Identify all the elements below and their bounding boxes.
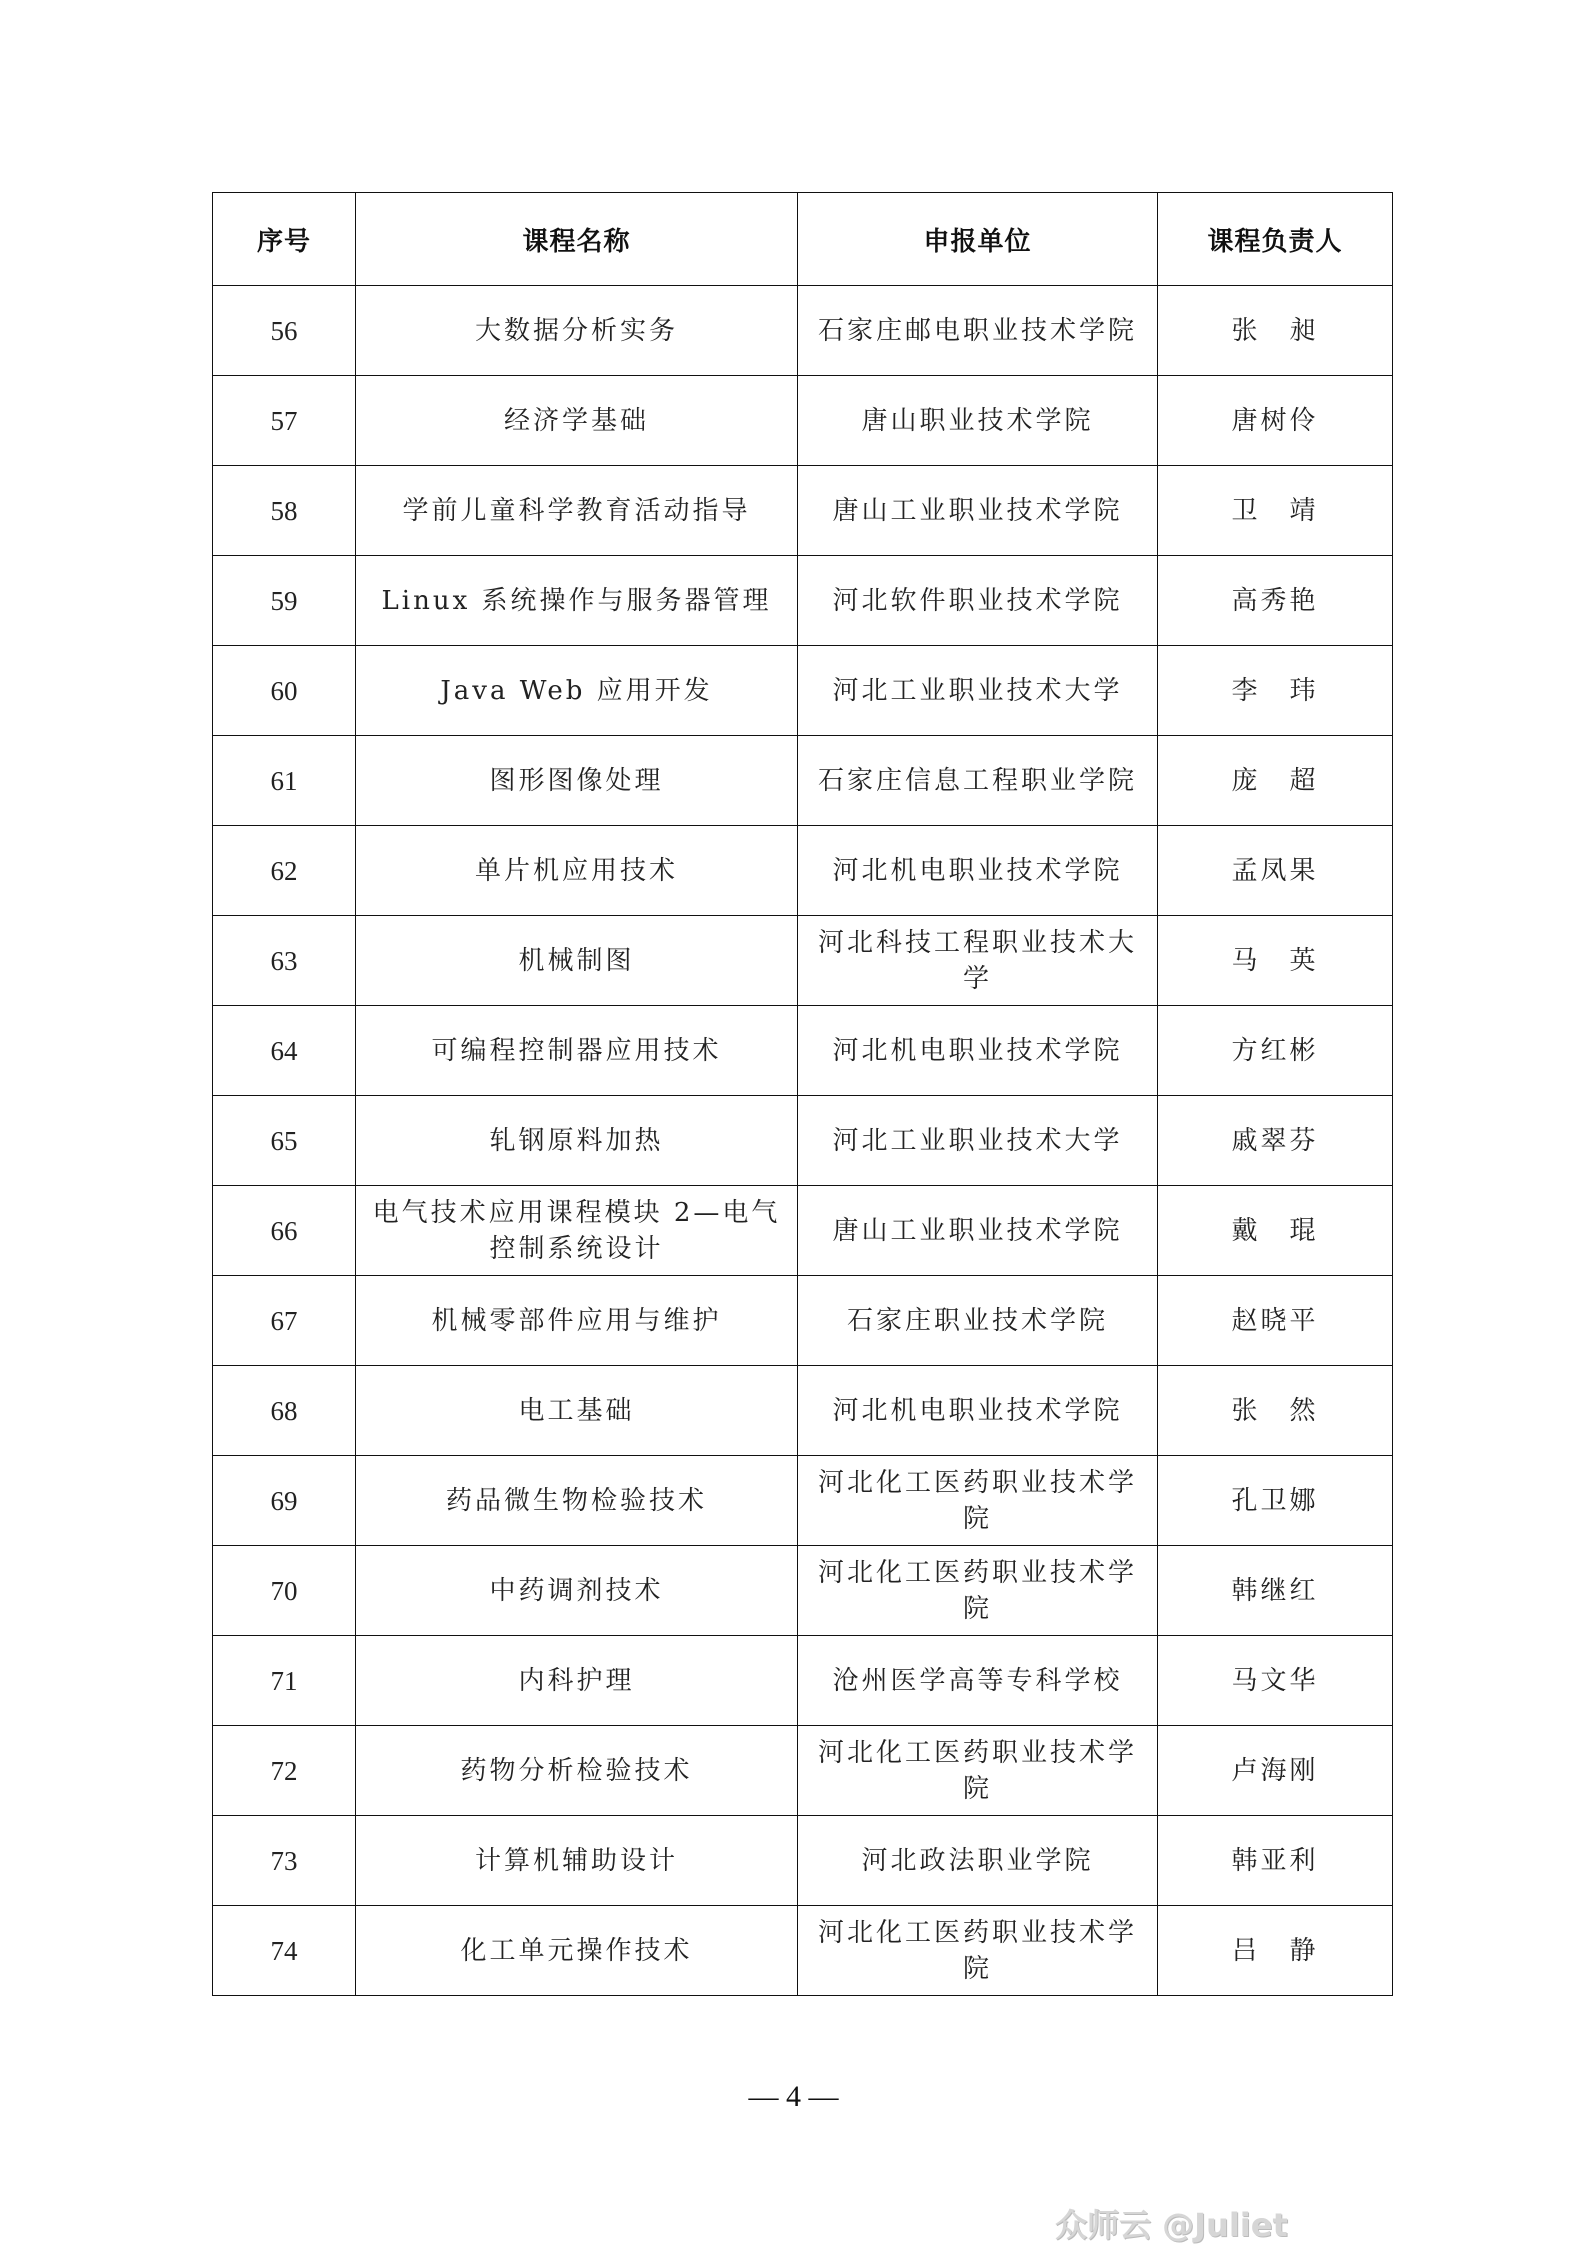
table-header-row: 序号 课程名称 申报单位 课程负责人 <box>213 193 1393 286</box>
header-course: 课程名称 <box>356 193 798 286</box>
cell-unit: 河北化工医药职业技术学院 <box>798 1546 1158 1636</box>
cell-lead: 赵晓平 <box>1158 1276 1393 1366</box>
cell-course: 学前儿童科学教育活动指导 <box>356 466 798 556</box>
course-table: 序号 课程名称 申报单位 课程负责人 56大数据分析实务石家庄邮电职业技术学院张… <box>212 192 1393 1996</box>
cell-no: 67 <box>213 1276 356 1366</box>
table-row: 64可编程控制器应用技术河北机电职业技术学院方红彬 <box>213 1006 1393 1096</box>
cell-no: 68 <box>213 1366 356 1456</box>
cell-unit: 河北化工医药职业技术学院 <box>798 1726 1158 1816</box>
cell-course: 单片机应用技术 <box>356 826 798 916</box>
table-row: 65轧钢原料加热河北工业职业技术大学戚翠芬 <box>213 1096 1393 1186</box>
cell-lead: 卫 靖 <box>1158 466 1393 556</box>
table-row: 60Java Web 应用开发河北工业职业技术大学李 玮 <box>213 646 1393 736</box>
cell-unit: 石家庄邮电职业技术学院 <box>798 286 1158 376</box>
cell-lead: 孟凤果 <box>1158 826 1393 916</box>
page-number: — 4 — <box>0 2080 1587 2114</box>
cell-course: Java Web 应用开发 <box>356 646 798 736</box>
cell-unit: 河北科技工程职业技术大学 <box>798 916 1158 1006</box>
cell-unit: 河北政法职业学院 <box>798 1816 1158 1906</box>
cell-unit: 河北机电职业技术学院 <box>798 1006 1158 1096</box>
cell-no: 70 <box>213 1546 356 1636</box>
cell-no: 57 <box>213 376 356 466</box>
cell-course: 化工单元操作技术 <box>356 1906 798 1996</box>
cell-unit: 唐山职业技术学院 <box>798 376 1158 466</box>
table-row: 70中药调剂技术河北化工医药职业技术学院韩继红 <box>213 1546 1393 1636</box>
cell-course: 中药调剂技术 <box>356 1546 798 1636</box>
cell-lead: 韩亚利 <box>1158 1816 1393 1906</box>
cell-course: 内科护理 <box>356 1636 798 1726</box>
cell-unit: 河北机电职业技术学院 <box>798 826 1158 916</box>
table-row: 56大数据分析实务石家庄邮电职业技术学院张 昶 <box>213 286 1393 376</box>
cell-lead: 庞 超 <box>1158 736 1393 826</box>
cell-lead: 卢海刚 <box>1158 1726 1393 1816</box>
table-row: 74化工单元操作技术河北化工医药职业技术学院吕 静 <box>213 1906 1393 1996</box>
header-lead: 课程负责人 <box>1158 193 1393 286</box>
watermark: 众师云 @Juliet <box>1055 2200 1288 2245</box>
cell-unit: 石家庄信息工程职业学院 <box>798 736 1158 826</box>
table-row: 62单片机应用技术河北机电职业技术学院孟凤果 <box>213 826 1393 916</box>
table-body: 56大数据分析实务石家庄邮电职业技术学院张 昶57经济学基础唐山职业技术学院唐树… <box>213 286 1393 1996</box>
cell-lead: 方红彬 <box>1158 1006 1393 1096</box>
cell-no: 62 <box>213 826 356 916</box>
cell-no: 56 <box>213 286 356 376</box>
table-row: 63机械制图河北科技工程职业技术大学马 英 <box>213 916 1393 1006</box>
cell-no: 59 <box>213 556 356 646</box>
cell-course: 药物分析检验技术 <box>356 1726 798 1816</box>
cell-course: 机械制图 <box>356 916 798 1006</box>
cell-no: 65 <box>213 1096 356 1186</box>
cell-course: 计算机辅助设计 <box>356 1816 798 1906</box>
cell-lead: 孔卫娜 <box>1158 1456 1393 1546</box>
cell-course: 电气技术应用课程模块 2—电气控制系统设计 <box>356 1186 798 1276</box>
cell-unit: 河北软件职业技术学院 <box>798 556 1158 646</box>
table-row: 67机械零部件应用与维护石家庄职业技术学院赵晓平 <box>213 1276 1393 1366</box>
cell-course: Linux 系统操作与服务器管理 <box>356 556 798 646</box>
cell-unit: 河北化工医药职业技术学院 <box>798 1906 1158 1996</box>
table-row: 73计算机辅助设计河北政法职业学院韩亚利 <box>213 1816 1393 1906</box>
cell-unit: 河北工业职业技术大学 <box>798 646 1158 736</box>
cell-unit: 河北化工医药职业技术学院 <box>798 1456 1158 1546</box>
cell-no: 60 <box>213 646 356 736</box>
cell-lead: 马 英 <box>1158 916 1393 1006</box>
cell-no: 71 <box>213 1636 356 1726</box>
cell-lead: 张 昶 <box>1158 286 1393 376</box>
cell-course: 电工基础 <box>356 1366 798 1456</box>
cell-no: 72 <box>213 1726 356 1816</box>
cell-lead: 戴 琨 <box>1158 1186 1393 1276</box>
table-row: 69药品微生物检验技术河北化工医药职业技术学院孔卫娜 <box>213 1456 1393 1546</box>
table-row: 61图形图像处理石家庄信息工程职业学院庞 超 <box>213 736 1393 826</box>
cell-no: 63 <box>213 916 356 1006</box>
table-row: 57经济学基础唐山职业技术学院唐树伶 <box>213 376 1393 466</box>
cell-no: 64 <box>213 1006 356 1096</box>
cell-course: 大数据分析实务 <box>356 286 798 376</box>
cell-unit: 石家庄职业技术学院 <box>798 1276 1158 1366</box>
table-row: 59Linux 系统操作与服务器管理河北软件职业技术学院高秀艳 <box>213 556 1393 646</box>
cell-no: 73 <box>213 1816 356 1906</box>
table-row: 66电气技术应用课程模块 2—电气控制系统设计唐山工业职业技术学院戴 琨 <box>213 1186 1393 1276</box>
cell-lead: 戚翠芬 <box>1158 1096 1393 1186</box>
table-row: 72药物分析检验技术河北化工医药职业技术学院卢海刚 <box>213 1726 1393 1816</box>
header-unit: 申报单位 <box>798 193 1158 286</box>
cell-lead: 唐树伶 <box>1158 376 1393 466</box>
cell-course: 机械零部件应用与维护 <box>356 1276 798 1366</box>
cell-no: 58 <box>213 466 356 556</box>
cell-unit: 唐山工业职业技术学院 <box>798 466 1158 556</box>
cell-no: 61 <box>213 736 356 826</box>
cell-lead: 韩继红 <box>1158 1546 1393 1636</box>
cell-unit: 唐山工业职业技术学院 <box>798 1186 1158 1276</box>
header-no: 序号 <box>213 193 356 286</box>
cell-unit: 沧州医学高等专科学校 <box>798 1636 1158 1726</box>
cell-course: 经济学基础 <box>356 376 798 466</box>
cell-no: 66 <box>213 1186 356 1276</box>
table-row: 71内科护理沧州医学高等专科学校马文华 <box>213 1636 1393 1726</box>
cell-course: 药品微生物检验技术 <box>356 1456 798 1546</box>
cell-course: 轧钢原料加热 <box>356 1096 798 1186</box>
cell-unit: 河北机电职业技术学院 <box>798 1366 1158 1456</box>
cell-lead: 李 玮 <box>1158 646 1393 736</box>
cell-course: 图形图像处理 <box>356 736 798 826</box>
cell-no: 69 <box>213 1456 356 1546</box>
table-row: 58学前儿童科学教育活动指导唐山工业职业技术学院卫 靖 <box>213 466 1393 556</box>
cell-lead: 张 然 <box>1158 1366 1393 1456</box>
table-row: 68电工基础河北机电职业技术学院张 然 <box>213 1366 1393 1456</box>
cell-course: 可编程控制器应用技术 <box>356 1006 798 1096</box>
cell-lead: 吕 静 <box>1158 1906 1393 1996</box>
cell-unit: 河北工业职业技术大学 <box>798 1096 1158 1186</box>
cell-lead: 马文华 <box>1158 1636 1393 1726</box>
cell-no: 74 <box>213 1906 356 1996</box>
cell-lead: 高秀艳 <box>1158 556 1393 646</box>
